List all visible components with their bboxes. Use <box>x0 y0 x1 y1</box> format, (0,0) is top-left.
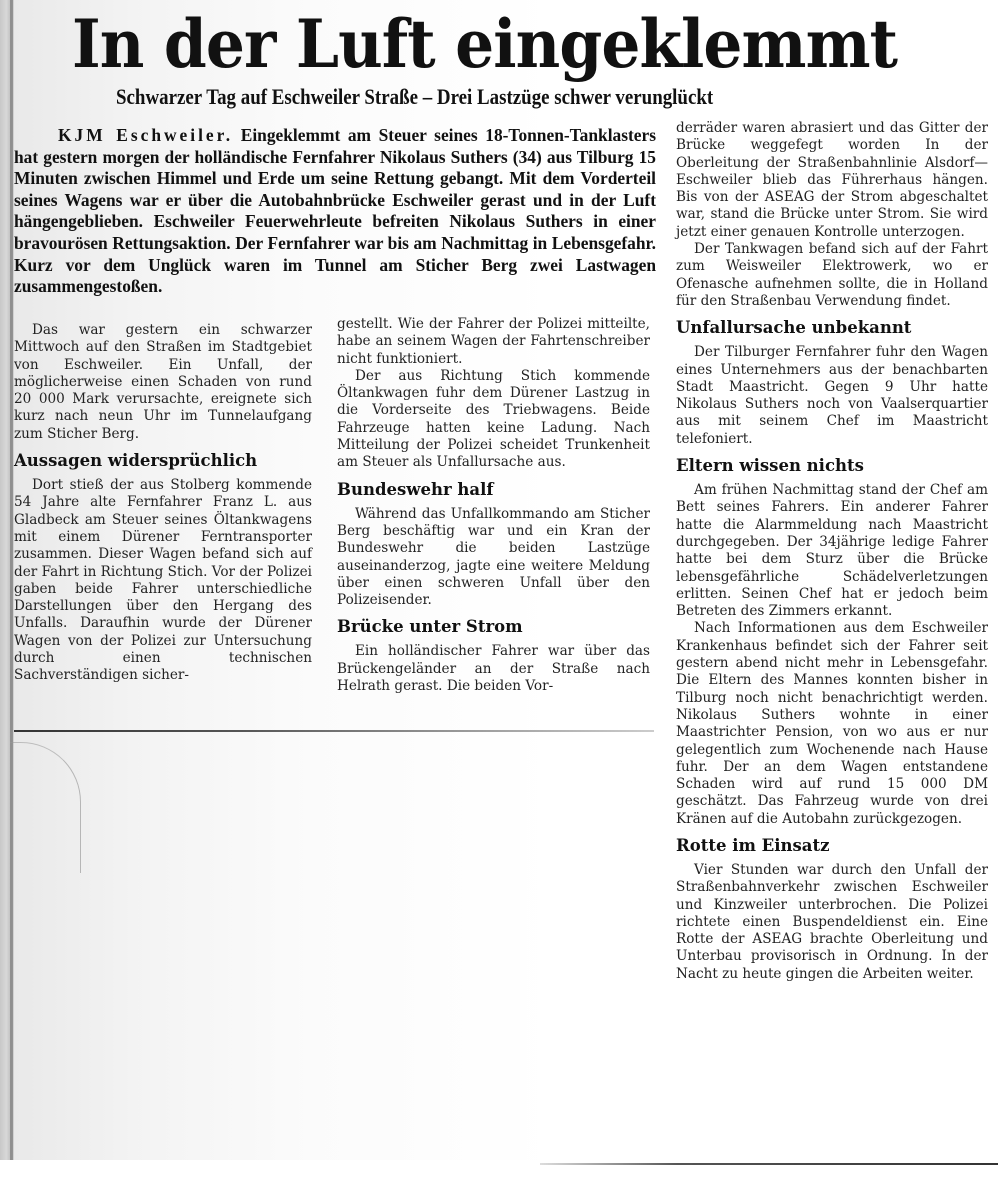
cut-line-middle <box>14 730 654 732</box>
paragraph: Vier Stunden war durch den Unfall der St… <box>676 862 988 983</box>
column-3: derräder waren abrasiert und das Gitter … <box>676 120 988 983</box>
subheading-bruecke: Brücke unter Strom <box>337 617 650 637</box>
paragraph: Der aus Richtung Stich kommende Öltankwa… <box>337 368 650 472</box>
scan-edge-line <box>10 0 13 1160</box>
paragraph: Der Tankwagen befand sich auf der Fahrt … <box>676 241 988 310</box>
lead-text: Eingeklemmt am Steuer seines 18-Tonnen-T… <box>14 125 656 296</box>
subheading-rotte: Rotte im Einsatz <box>676 836 988 856</box>
subheadline: Schwarzer Tag auf Eschweiler Straße – Dr… <box>116 84 713 110</box>
dateline: KJM Eschweiler. <box>58 125 233 145</box>
paragraph: Nach Informationen aus dem Eschweiler Kr… <box>676 620 988 828</box>
paragraph: Der Tilburger Fernfahrer fuhr den Wagen … <box>676 344 988 448</box>
column-1: Das war gestern ein schwarzer Mittwoch a… <box>14 322 312 685</box>
paragraph: Während das Unfallkommando am Sticher Be… <box>337 506 650 610</box>
paragraph: derräder waren abrasiert und das Gitter … <box>676 120 988 241</box>
paragraph: Das war gestern ein schwarzer Mittwoch a… <box>14 322 312 443</box>
column-2: gestellt. Wie der Fahrer der Polizei mit… <box>337 316 650 695</box>
subheading-unfallursache: Unfallursache unbekannt <box>676 318 988 338</box>
cut-line-bottom <box>540 1163 998 1165</box>
subheading-eltern: Eltern wissen nichts <box>676 456 988 476</box>
paragraph: Dort stieß der aus Stolberg kommende 54 … <box>14 477 312 685</box>
headline: In der Luft eingeklemmt <box>72 4 897 84</box>
subheading-bundeswehr: Bundeswehr half <box>337 480 650 500</box>
lead-paragraph: KJM Eschweiler. Eingeklemmt am Steuer se… <box>14 125 656 298</box>
paragraph: Am frühen Nachmittag stand der Chef am B… <box>676 482 988 620</box>
subheading-aussagen: Aussagen widersprüchlich <box>14 451 312 471</box>
paragraph: gestellt. Wie der Fahrer der Polizei mit… <box>337 316 650 368</box>
paragraph: Ein holländischer Fahrer war über das Br… <box>337 643 650 695</box>
